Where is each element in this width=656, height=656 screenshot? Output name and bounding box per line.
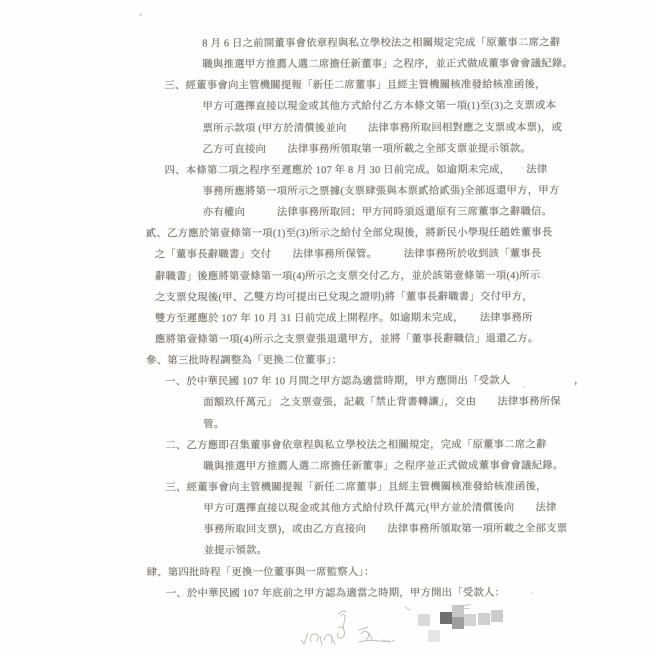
- pencil-tick: [404, 606, 410, 611]
- scan-speck: [531, 592, 533, 594]
- document-line: 雙方至遲應於 107 年 10 月 31 日前完成上開程序。如逾期未完成， 法律…: [146, 307, 566, 329]
- document-body: 8 月 6 日之前開董事會依章程與私立學校法之相關規定完成「原董事二席之辭 職與…: [145, 32, 566, 604]
- scan-speck: [522, 65, 524, 67]
- document-line: 面額玖仟萬元」 之支票壹張，記載「禁止背書轉讓」，交由 法律事務所保: [146, 392, 566, 414]
- document-line: 甲方可選擇直接以現金或其他方式給付玖仟萬元(甲方並於清償後向 法律: [146, 498, 566, 520]
- mosaic-cell: [428, 630, 440, 642]
- mosaic-redaction: [416, 602, 508, 650]
- document-line: 亦有權向 法律事務所取回；甲方同時須返還原有三席董事之辭職信。: [146, 202, 566, 224]
- scan-speck: [521, 41, 523, 44]
- document-line: 四、本條第二項之程序至遲應於 107 年 8 月 30 日前完成。如逾期未完成，…: [146, 159, 566, 181]
- mosaic-cell: [478, 613, 490, 625]
- scan-speck: [520, 129, 522, 132]
- mosaic-cell: [418, 614, 430, 626]
- document-line: 三、經董事會向主管機關提報「新任二席董事」且經主管機關核准發給核准函後，: [145, 75, 565, 97]
- document-line: 甲方可選擇直接以現金或其他方式給付乙方本條文第一項(1)至(3)之支票或本: [145, 96, 565, 118]
- document-line: 一、於中華民國 107 年 10 月間之甲方認為適當時期，甲方應開出「受款人 ，: [146, 371, 566, 393]
- document-line: 應將第壹條第一項(4)所示之支票壹張退還甲方，並將「董事長辭職信」退還乙方。: [146, 328, 566, 350]
- document-line: 貳、乙方應於第壹條第一項(1)至(3)所示之給付全部兌現後，將新民小學現任趙姓董…: [146, 223, 566, 245]
- pencil-tick: [461, 608, 470, 609]
- document-line: 票所示款項 (甲方於清償後並向 法律事務所取回相對應之支票或本票)，或: [145, 117, 565, 139]
- document-line: 二、乙方應即召集董事會依章程與私立學校法之相關規定，完成「原董事二席之辭: [146, 434, 566, 456]
- mosaic-cell: [452, 617, 464, 629]
- document-line: 一、於中華民國 107 年底前之甲方認為適當之時期，甲方開出「受款人：: [147, 582, 567, 604]
- scan-speck: [521, 89, 523, 91]
- document-line: 之支票兌現後(甲、乙雙方均可提出已兌現之證明)將「董事長辭職書」交付甲方，: [146, 286, 566, 308]
- document-line: 並提示領款。: [147, 540, 567, 562]
- scan-speck: [523, 386, 525, 388]
- mosaic-cell: [440, 612, 452, 624]
- mosaic-cell: [452, 605, 464, 617]
- document-line: 職與推選甲方推薦人選二席擔任新董事」之程序，並正式做成董事會會議紀錄。: [145, 54, 565, 76]
- document-line: 事務所應將第一項所示之票據(支票肆張與本票貳拾貳張)全部返還甲方，甲方: [146, 180, 566, 202]
- scan-speck: [522, 167, 524, 169]
- document-line: 參、第三批時程調整為「更換二位董事」：: [146, 350, 566, 372]
- handwritten-signature-marks: [293, 604, 405, 654]
- mosaic-cell: [491, 610, 503, 622]
- document-line: 職與推選甲方推薦人選二席擔任新董事」之程序並正式做成董事會會議紀錄。: [146, 455, 566, 477]
- document-line: 管。: [146, 413, 566, 435]
- document-line: 之「董事長辭職書」交付 法律事務所保管。 法律事務所於收到該「董事長: [146, 244, 566, 266]
- scanned-document-page: 8 月 6 日之前開董事會依章程與私立學校法之相關規定完成「原董事二席之辭 職與…: [0, 0, 656, 656]
- document-line: 肆、第四批時程「更換一位董事與一席監察人」：: [147, 561, 567, 583]
- document-line: 8 月 6 日之前開董事會依章程與私立學校法之相關規定完成「原董事二席之辭: [145, 32, 565, 54]
- document-line: 事務所取回支票)，或由乙方直接向 法律事務所領取第一項所載之全部支票: [147, 519, 567, 541]
- scan-speck: [139, 13, 142, 16]
- document-line: 辭職書」後應將第壹條第一項(4)所示之支票交付乙方，並於該第壹條第一項(4)所示: [146, 265, 566, 287]
- document-line: 三、經董事會向主管機關提報「新任二席董事」且經主管機關核准發給核准函後，: [146, 476, 566, 498]
- document-line: 乙方可直接向 法律事務所領取第一項所載之全部支票並提示領款。: [146, 138, 566, 160]
- mosaic-cell: [464, 614, 476, 626]
